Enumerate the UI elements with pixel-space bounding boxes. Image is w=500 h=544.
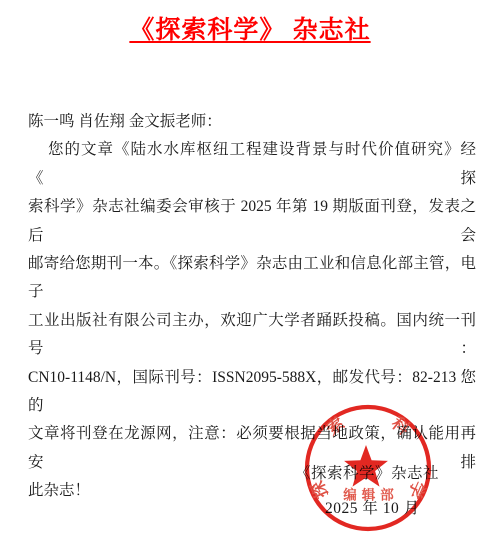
body-line: 索科学》杂志社编委会审核于 2025 年第 19 期版面刊登，发表之后会 — [28, 193, 476, 250]
magazine-title-text: 《探索科学》 杂志社 — [124, 17, 375, 44]
body-line: 您的文章《陆水水库枢纽工程建设背景与时代价值研究》经《探 — [28, 136, 476, 193]
seal-arc-char: 科 — [388, 413, 414, 440]
page-title: 《探索科学》 杂志社 — [0, 10, 500, 46]
official-seal-stamp: 探 索 科 学 编辑部 — [300, 398, 440, 538]
salutation: 陈一鸣 肖佐翔 金文振老师： — [28, 108, 476, 136]
body-line: 邮寄给您期刊一本。《探索科学》杂志由工业和信息化部主管，电子 — [28, 250, 476, 307]
seal-arc-char: 索 — [323, 413, 348, 438]
body-line: 工业出版社有限公司主办，欢迎广大学者踊跃投稿。国内统一刊号： — [28, 307, 476, 364]
seal-department-text: 编辑部 — [343, 487, 399, 503]
seal-star-icon — [344, 445, 388, 487]
acceptance-letter-page: 《探索科学》 杂志社 陈一鸣 肖佐翔 金文振老师： 您的文章《陆水水库枢纽工程建… — [0, 0, 500, 544]
